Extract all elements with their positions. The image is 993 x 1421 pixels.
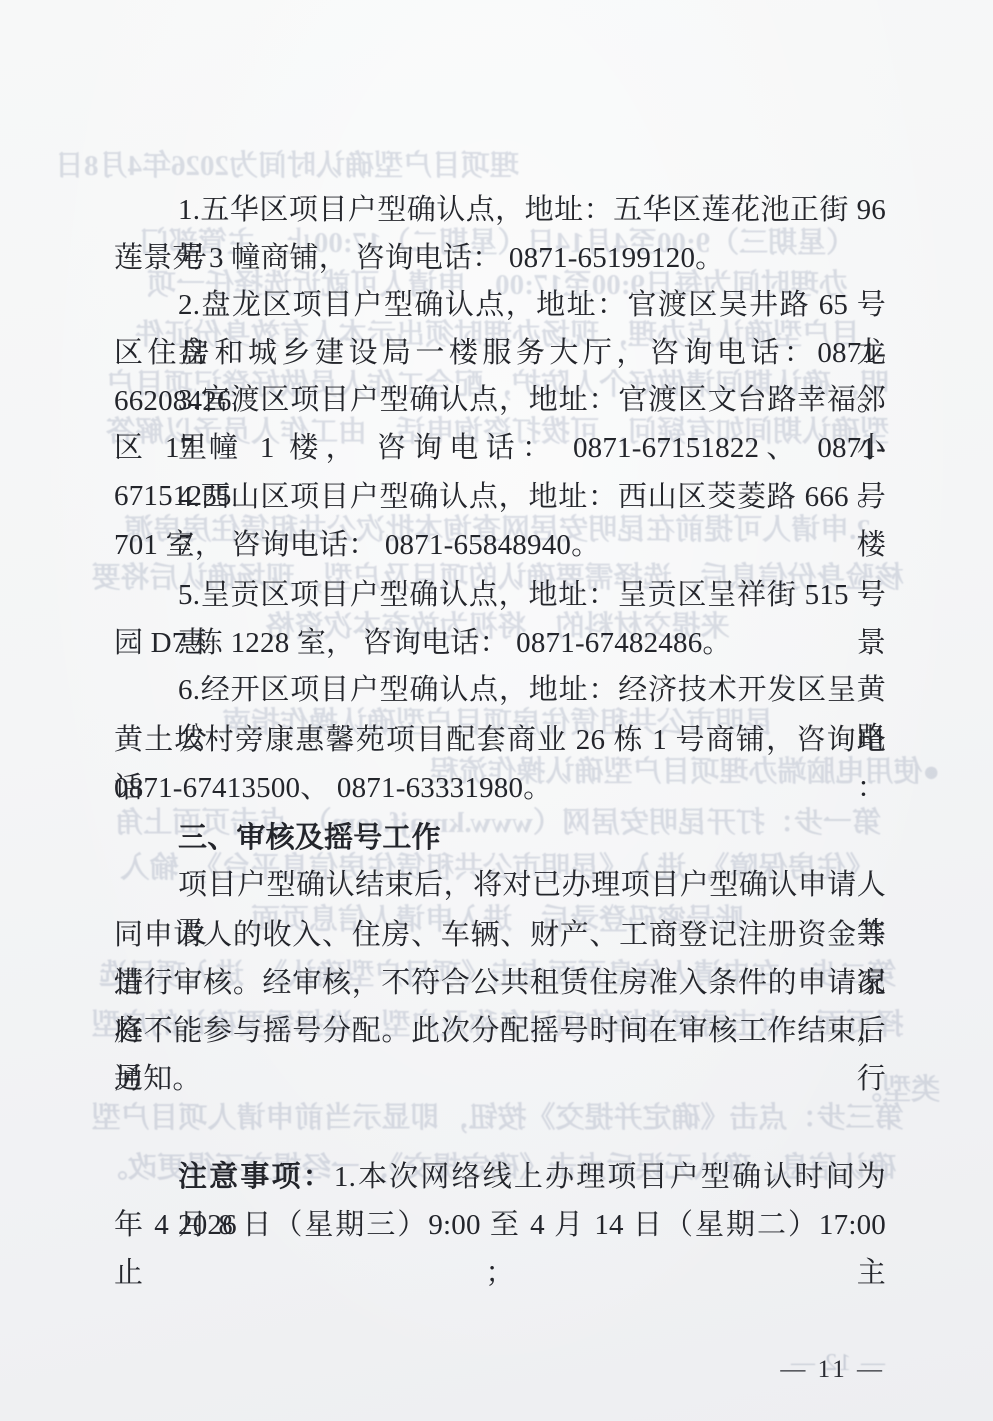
page-number: — 11 — (780, 1356, 885, 1384)
confirm-point-4-line-2: 701 室， 咨询电话： 0871-65848940。 (114, 521, 886, 569)
review-para-line-5: 通知。 (114, 1055, 886, 1103)
section-heading: 三、审核及摇号工作 (178, 814, 886, 862)
notes-line-2: 年 4 月 8 日（星期三）9:00 至 4 月 14 日（星期二）17:00 … (114, 1201, 886, 1297)
document-text-layer: 1.五华区项目户型确认点，地址：五华区莲花池正街 96 号莲景苑 3 幢商铺， … (114, 0, 886, 1421)
confirm-point-6-line-3: 0871-67413500、 0871-63331980。 (114, 764, 886, 812)
confirm-point-1-line-2: 莲景苑 3 幢商铺， 咨询电话： 0871-65199120。 (114, 234, 886, 282)
scanned-document-page: 理项目户型确认时间为2026年4月8日（星期三）9:00至4月14日（星期二）1… (0, 0, 993, 1421)
confirm-point-5-line-2: 园 D7 栋 1228 室， 咨询电话： 0871-67482486。 (114, 619, 886, 667)
notes-label: 注意事项： (178, 1161, 334, 1193)
